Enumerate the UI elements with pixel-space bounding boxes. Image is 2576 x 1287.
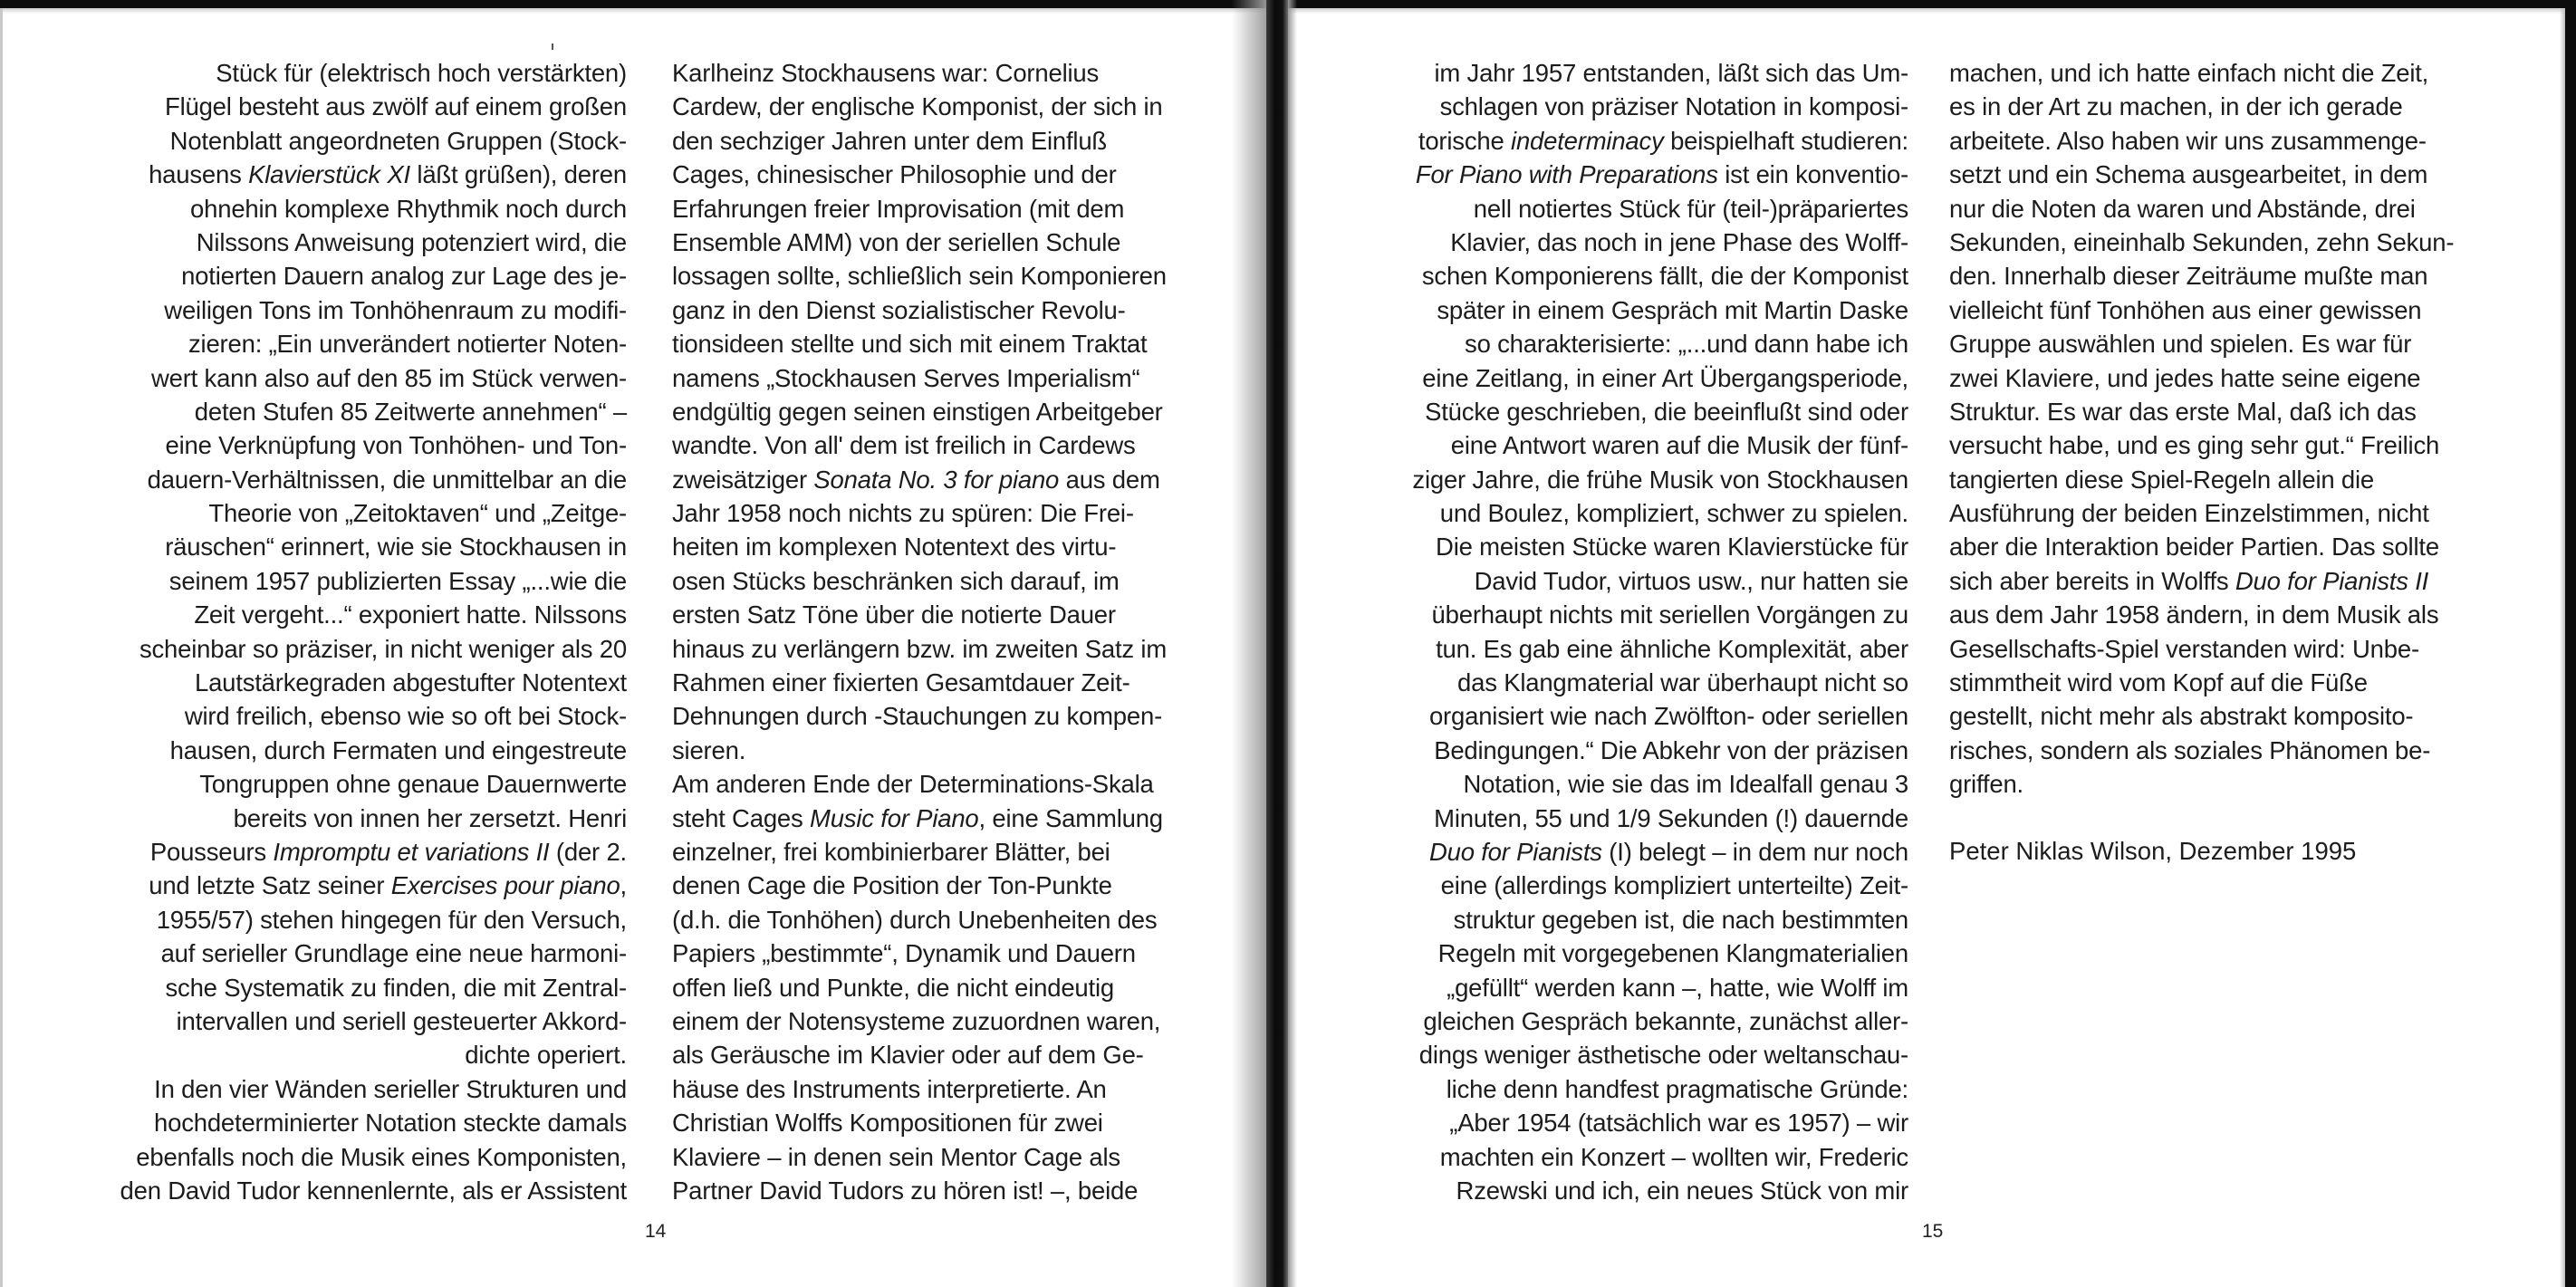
text-segment: Am anderen Ende der Determinations-Skala: [672, 770, 1154, 798]
text-segment: weiligen Tons im Tonhöhenraum zu modifi-: [164, 296, 627, 324]
text-line: Cardew, der englische Komponist, der sic…: [672, 90, 1243, 123]
text-segment: Minuten, 55 und 1/9 Sekunden (!) dauernd…: [1434, 804, 1908, 832]
text-segment: (der 2.: [549, 838, 627, 866]
text-line: Theorie von „Zeitoktaven“ und „Zeitge-: [65, 496, 627, 530]
text-segment: Klaviere – in denen sein Mentor Cage als: [672, 1143, 1120, 1171]
text-segment: Gruppe auswählen und spielen. Es war für: [1949, 330, 2411, 358]
text-line: machten ein Konzert – wollten wir, Frede…: [1336, 1140, 1908, 1174]
text-line: tun. Es gab eine ähnliche Komplexität, a…: [1336, 632, 1908, 666]
text-line: sche Systematik zu finden, die mit Zentr…: [65, 971, 627, 1004]
text-line: nur die Noten da waren und Abstände, dre…: [1949, 192, 2518, 226]
text-segment: lossagen sollte, schließlich sein Kompon…: [672, 262, 1167, 290]
text-line: tionsideen stellte und sich mit einem Tr…: [672, 327, 1243, 360]
text-segment: ebenfalls noch die Musik eines Komponist…: [136, 1143, 627, 1171]
text-line: ohnehin komplexe Rhythmik noch durch: [65, 192, 627, 226]
text-line: „Aber 1954 (tatsächlich war es 1957) – w…: [1336, 1106, 1908, 1139]
text-segment: hausen, durch Fermaten und eingestreute: [170, 736, 627, 764]
text-segment: organisiert wie nach Zwölfton- oder seri…: [1429, 702, 1908, 730]
text-segment: gestellt, nicht mehr als abstrakt kompos…: [1949, 702, 2413, 730]
text-segment: struktur gegeben ist, die nach bestimmte…: [1454, 906, 1908, 934]
text-segment: Stück für (elektrisch hoch verstärkten): [216, 59, 627, 87]
italic-title: Klavierstück XI: [248, 160, 410, 188]
text-line: wird freilich, ebenso wie so oft bei Sto…: [65, 699, 627, 733]
text-line: Ensemble AMM) von der seriellen Schule: [672, 226, 1243, 259]
text-line: organisiert wie nach Zwölfton- oder seri…: [1336, 699, 1908, 733]
text-segment: den. Innerhalb dieser Zeiträume mußte ma…: [1949, 262, 2427, 290]
text-segment: Rahmen einer fixierten Gesamtdauer Zeit-: [672, 668, 1130, 696]
text-segment: sieren.: [672, 736, 745, 764]
text-segment: tangierten diese Spiel-Regeln allein die: [1949, 466, 2374, 494]
italic-title: For Piano with Preparations: [1416, 160, 1718, 188]
text-segment: wert kann also auf den 85 im Stück verwe…: [151, 364, 627, 392]
text-segment: und letzte Satz seiner: [149, 871, 391, 899]
text-line: Stücke geschrieben, die beeinflußt sind …: [1336, 395, 1908, 428]
text-line: aber die Interaktion beider Partien. Das…: [1949, 530, 2518, 563]
text-segment: endgültig gegen seinen einstigen Arbeitg…: [672, 398, 1163, 426]
text-line: bereits von innen her zersetzt. Henri: [65, 802, 627, 835]
text-line: liche denn handfest pragmatische Gründe:: [1336, 1072, 1908, 1106]
text-line: zweisätziger Sonata No. 3 for piano aus …: [672, 463, 1243, 496]
text-line: Karlheinz Stockhausens war: Cornelius: [672, 56, 1243, 90]
italic-title: Music for Piano: [810, 804, 979, 832]
text-line: For Piano with Preparations ist ein konv…: [1336, 158, 1908, 191]
text-segment: wandte. Von all' dem ist freilich in Car…: [672, 431, 1136, 459]
text-segment: machten ein Konzert – wollten wir, Frede…: [1440, 1143, 1908, 1171]
text-line: seinem 1957 publizierten Essay „...wie d…: [65, 564, 627, 598]
italic-title: Sonata No. 3 for piano: [813, 466, 1059, 494]
text-line: einem der Notensysteme zuzuordnen waren,: [672, 1004, 1243, 1038]
text-segment: und Boulez, kompliziert, schwer zu spiel…: [1440, 499, 1908, 527]
text-line: es in der Art zu machen, in der ich gera…: [1949, 90, 2518, 123]
text-segment: bereits von innen her zersetzt. Henri: [234, 804, 627, 832]
text-segment: im Jahr 1957 entstanden, läßt sich das U…: [1434, 59, 1908, 87]
text-line: deten Stufen 85 Zeitwerte annehmen“ –: [65, 395, 627, 428]
text-line: Am anderen Ende der Determinations-Skala: [672, 767, 1243, 801]
text-segment: auf serieller Grundlage eine neue harmon…: [161, 939, 627, 967]
text-segment: machen, und ich hatte einfach nicht die …: [1949, 59, 2428, 87]
text-line: denen Cage die Position der Ton-Punkte: [672, 869, 1243, 902]
text-segment: zweisätziger: [672, 466, 813, 494]
text-segment: intervallen und seriell gesteuerter Akko…: [177, 1007, 627, 1035]
text-segment: Partner David Tudors zu hören ist! –, be…: [672, 1177, 1138, 1205]
text-segment: Tongruppen ohne genaue Dauernwerte: [199, 770, 627, 798]
text-segment: Pousseurs: [150, 838, 274, 866]
text-segment: ersten Satz Töne über die notierte Dauer: [672, 600, 1116, 629]
text-line: In den vier Wänden serieller Strukturen …: [65, 1072, 627, 1106]
text-line: einzelner, frei kombinierbarer Blätter, …: [672, 835, 1243, 869]
text-segment: Zeit vergeht...“ exponiert hatte. Nilsso…: [194, 600, 627, 629]
text-line: endgültig gegen seinen einstigen Arbeitg…: [672, 395, 1243, 428]
text-segment: tionsideen stellte und sich mit einem Tr…: [672, 330, 1147, 358]
text-line: Klaviere – in denen sein Mentor Cage als: [672, 1140, 1243, 1174]
text-line: so charakterisierte: „...und dann habe i…: [1336, 327, 1908, 360]
text-segment: vielleicht fünf Tonhöhen aus einer gewis…: [1949, 296, 2421, 324]
text-line: wandte. Von all' dem ist freilich in Car…: [672, 428, 1243, 462]
text-line: lossagen sollte, schließlich sein Kompon…: [672, 259, 1243, 293]
text-segment: offen ließ und Punkte, die nicht eindeut…: [672, 974, 1114, 1002]
text-line: machen, und ich hatte einfach nicht die …: [1949, 56, 2518, 90]
text-segment: einzelner, frei kombinierbarer Blätter, …: [672, 838, 1110, 866]
text-line: auf serieller Grundlage eine neue harmon…: [65, 936, 627, 970]
text-segment: schen Komponierens fällt, die der Kompon…: [1422, 262, 1908, 290]
text-line: ziger Jahre, die frühe Musik von Stockha…: [1336, 463, 1908, 496]
text-segment: aber die Interaktion beider Partien. Das…: [1949, 533, 2439, 561]
text-segment: Bedingungen.“ Die Abkehr von der präzise…: [1434, 736, 1908, 764]
text-line: den sechziger Jahren unter dem Einfluß: [672, 124, 1243, 158]
text-segment: sich aber bereits in Wolffs: [1949, 567, 2235, 595]
book-gutter: [1266, 0, 1288, 1287]
text-line: setzt und ein Schema ausgearbeitet, in d…: [1949, 158, 2518, 191]
text-line: Pousseurs Impromptu et variations II (de…: [65, 835, 627, 869]
text-line: heiten im komplexen Notentext des virtu-: [672, 530, 1243, 563]
text-line: versucht habe, und es ging sehr gut.“ Fr…: [1949, 428, 2518, 462]
text-segment: sche Systematik zu finden, die mit Zentr…: [165, 974, 627, 1002]
text-segment: überhaupt nichts mit seriellen Vorgängen…: [1432, 600, 1908, 629]
text-segment: ohnehin komplexe Rhythmik noch durch: [190, 195, 627, 223]
text-line: stimmtheit wird vom Kopf auf die Füße: [1949, 666, 2518, 699]
text-segment: Die meisten Stücke waren Klavierstücke f…: [1436, 533, 1908, 561]
text-segment: (I) belegt – in dem nur noch: [1602, 838, 1908, 866]
text-line: hinaus zu verlängern bzw. im zweiten Sat…: [672, 632, 1243, 666]
text-line: steht Cages Music for Piano, eine Sammlu…: [672, 802, 1243, 835]
text-line: als Geräusche im Klavier oder auf dem Ge…: [672, 1038, 1243, 1071]
text-line: Rahmen einer fixierten Gesamtdauer Zeit-: [672, 666, 1243, 699]
book-spread: Stück für (elektrisch hoch verstärkten)F…: [0, 0, 2576, 1287]
text-line: Flügel besteht aus zwölf auf einem große…: [65, 90, 627, 123]
text-line: Papiers „bestimmte“, Dynamik und Dauern: [672, 936, 1243, 970]
text-line: räuschen“ erinnert, wie sie Stockhausen …: [65, 530, 627, 563]
text-segment: risches, sondern als soziales Phänomen b…: [1949, 736, 2430, 764]
text-segment: Notenblatt angeordneten Gruppen (Stock-: [170, 127, 627, 155]
text-segment: Rzewski und ich, ein neues Stück von mir: [1456, 1177, 1908, 1205]
text-line: nell notiertes Stück für (teil-)präparie…: [1336, 192, 1908, 226]
text-line: gestellt, nicht mehr als abstrakt kompos…: [1949, 699, 2518, 733]
scan-left-edge: [0, 8, 3, 1287]
text-line: Ausführung der beiden Einzelstimmen, nic…: [1949, 496, 2518, 530]
text-line: Dehnungen durch -Stauchungen zu kompen-: [672, 699, 1243, 733]
text-segment: torische: [1418, 127, 1511, 155]
text-line: ganz in den Dienst sozialistischer Revol…: [672, 293, 1243, 327]
text-segment: deten Stufen 85 Zeitwerte annehmen“ –: [195, 398, 627, 426]
text-line: offen ließ und Punkte, die nicht eindeut…: [672, 971, 1243, 1004]
text-segment: Cardew, der englische Komponist, der sic…: [672, 92, 1162, 120]
page-number: 14: [645, 1220, 666, 1244]
text-segment: häuse des Instruments interpretierte. An: [672, 1075, 1107, 1103]
text-segment: Cages, chinesischer Philosophie und der: [672, 160, 1117, 188]
text-segment: dings weniger ästhetische oder weltansch…: [1419, 1041, 1908, 1069]
text-segment: Notation, wie sie das im Idealfall genau…: [1464, 770, 1908, 798]
text-line: Duo for Pianists (I) belegt – in dem nur…: [1336, 835, 1908, 869]
text-segment: beispielhaft studieren:: [1664, 127, 1908, 155]
italic-title: Duo for Pianists: [1429, 838, 1602, 866]
text-segment: heiten im komplexen Notentext des virtu-: [672, 533, 1116, 561]
text-line: eine Zeitlang, in einer Art Übergangsper…: [1336, 361, 1908, 395]
page-14-column-1: Stück für (elektrisch hoch verstärkten)F…: [65, 56, 627, 1207]
text-segment: liche denn handfest pragmatische Gründe:: [1447, 1075, 1908, 1103]
italic-title: indeterminacy: [1511, 127, 1664, 155]
text-segment: Theorie von „Zeitoktaven“ und „Zeitge-: [208, 499, 627, 527]
text-line: eine (allerdings kompliziert unterteilte…: [1336, 869, 1908, 902]
text-line: eine Verknüpfung von Tonhöhen- und Ton-: [65, 428, 627, 462]
text-line: eine Antwort waren auf die Musik der fün…: [1336, 428, 1908, 462]
text-segment: aus dem: [1059, 466, 1160, 494]
text-line: häuse des Instruments interpretierte. An: [672, 1072, 1243, 1106]
text-line: Tongruppen ohne genaue Dauernwerte: [65, 767, 627, 801]
text-line: zieren: „Ein unverändert notierter Noten…: [65, 327, 627, 360]
text-segment: osen Stücks beschränken sich darauf, im: [672, 567, 1120, 595]
text-segment: Stücke geschrieben, die beeinflußt sind …: [1425, 398, 1908, 426]
gutter-right-shadow: [1288, 0, 1297, 1287]
text-segment: ziger Jahre, die frühe Musik von Stockha…: [1412, 466, 1908, 494]
text-segment: einem der Notensysteme zuzuordnen waren,: [672, 1007, 1160, 1035]
text-segment: , eine Sammlung: [979, 804, 1163, 832]
text-segment: Erfahrungen freier Improvisation (mit de…: [672, 195, 1124, 223]
text-line: „gefüllt“ werden kann –, hatte, wie Wolf…: [1336, 971, 1908, 1004]
text-segment: dichte operiert.: [465, 1041, 627, 1069]
text-segment: ,: [620, 871, 627, 899]
text-line: risches, sondern als soziales Phänomen b…: [1949, 734, 2518, 767]
text-segment: Sekunden, eineinhalb Sekunden, zehn Seku…: [1949, 228, 2454, 256]
text-line: (d.h. die Tonhöhen) durch Unebenheiten d…: [672, 903, 1243, 936]
text-line: im Jahr 1957 entstanden, läßt sich das U…: [1336, 56, 1908, 90]
text-segment: scheinbar so präziser, in nicht weniger …: [139, 635, 627, 663]
text-segment: 1955/57) stehen hingegen für den Versuch…: [157, 906, 627, 934]
text-line: tangierten diese Spiel-Regeln allein die: [1949, 463, 2518, 496]
text-segment: David Tudor, virtuos usw., nur hatten si…: [1475, 567, 1908, 595]
text-segment: hinaus zu verlängern bzw. im zweiten Sat…: [672, 635, 1167, 663]
text-line: den. Innerhalb dieser Zeiträume mußte ma…: [1949, 259, 2518, 293]
text-segment: namens „Stockhausen Serves Imperialism“: [672, 364, 1139, 392]
text-segment: Ausführung der beiden Einzelstimmen, nic…: [1949, 499, 2429, 527]
text-line: Christian Wolffs Kompositionen für zwei: [672, 1106, 1243, 1139]
text-segment: den David Tudor kennenlernte, als er Ass…: [120, 1177, 627, 1205]
text-segment: Flügel besteht aus zwölf auf einem große…: [165, 92, 627, 120]
text-line: hausen, durch Fermaten und eingestreute: [65, 734, 627, 767]
text-line: Rzewski und ich, ein neues Stück von mir: [1336, 1174, 1908, 1207]
text-line: Cages, chinesischer Philosophie und der: [672, 158, 1243, 191]
text-line: später in einem Gespräch mit Martin Dask…: [1336, 293, 1908, 327]
text-segment: griffen.: [1949, 770, 2023, 798]
text-segment: Lautstärkegraden abgestufter Notentext: [195, 668, 627, 696]
text-line: Sekunden, eineinhalb Sekunden, zehn Seku…: [1949, 226, 2518, 259]
text-line: scheinbar so präziser, in nicht weniger …: [65, 632, 627, 666]
text-line: Zeit vergeht...“ exponiert hatte. Nilsso…: [65, 598, 627, 631]
scan-right-border: [2565, 0, 2576, 1287]
text-line: schen Komponierens fällt, die der Kompon…: [1336, 259, 1908, 293]
text-segment: eine Verknüpfung von Tonhöhen- und Ton-: [165, 431, 627, 459]
text-segment: Regeln mit vorgegebenen Klangmaterialien: [1438, 939, 1908, 967]
text-line: Notation, wie sie das im Idealfall genau…: [1336, 767, 1908, 801]
italic-title: Duo for Pianists II: [2235, 567, 2428, 595]
text-line: das Klangmaterial war überhaupt nicht so: [1336, 666, 1908, 699]
text-segment: In den vier Wänden serieller Strukturen …: [154, 1075, 627, 1103]
text-line: Gruppe auswählen und spielen. Es war für: [1949, 327, 2518, 360]
text-line: griffen.: [1949, 767, 2518, 801]
text-segment: läßt grüßen), deren: [410, 160, 627, 188]
author-signature: Peter Niklas Wilson, Dezember 1995: [1949, 834, 2356, 868]
text-line: Erfahrungen freier Improvisation (mit de…: [672, 192, 1243, 226]
text-segment: ganz in den Dienst sozialistischer Revol…: [672, 296, 1126, 324]
text-segment: später in einem Gespräch mit Martin Dask…: [1437, 296, 1908, 324]
text-line: Notenblatt angeordneten Gruppen (Stock-: [65, 124, 627, 158]
text-segment: „Aber 1954 (tatsächlich war es 1957) – w…: [1449, 1109, 1908, 1137]
text-line: Struktur. Es war das erste Mal, daß ich …: [1949, 395, 2518, 428]
italic-title: Exercises pour piano: [391, 871, 620, 899]
text-segment: so charakterisierte: „...und dann habe i…: [1465, 330, 1908, 358]
page-14-column-2: Karlheinz Stockhausens war: CorneliusCar…: [672, 56, 1243, 1207]
text-line: aus dem Jahr 1958 ändern, in dem Musik a…: [1949, 598, 2518, 631]
text-line: ersten Satz Töne über die notierte Dauer: [672, 598, 1243, 631]
text-segment: zieren: „Ein unverändert notierter Noten…: [188, 330, 627, 358]
text-segment: Christian Wolffs Kompositionen für zwei: [672, 1109, 1103, 1137]
text-segment: versucht habe, und es ging sehr gut.“ Fr…: [1949, 431, 2439, 459]
text-line: intervallen und seriell gesteuerter Akko…: [65, 1004, 627, 1038]
text-segment: den sechziger Jahren unter dem Einfluß: [672, 127, 1107, 155]
text-line: gleichen Gespräch bekannte, zunächst all…: [1336, 1004, 1908, 1038]
text-segment: eine Zeitlang, in einer Art Übergangsper…: [1422, 364, 1908, 392]
text-line: und letzte Satz seiner Exercises pour pi…: [65, 869, 627, 902]
text-line: und Boulez, kompliziert, schwer zu spiel…: [1336, 496, 1908, 530]
text-segment: wird freilich, ebenso wie so oft bei Sto…: [185, 702, 627, 730]
text-line: dings weniger ästhetische oder weltansch…: [1336, 1038, 1908, 1071]
text-segment: es in der Art zu machen, in der ich gera…: [1949, 92, 2403, 120]
text-segment: steht Cages: [672, 804, 810, 832]
text-segment: stimmtheit wird vom Kopf auf die Füße: [1949, 668, 2368, 696]
text-line: wert kann also auf den 85 im Stück verwe…: [65, 361, 627, 395]
text-line: Stück für (elektrisch hoch verstärkten): [65, 56, 627, 90]
text-line: zwei Klaviere, und jedes hatte seine eig…: [1949, 361, 2518, 395]
text-segment: das Klangmaterial war überhaupt nicht so: [1457, 668, 1908, 696]
text-segment: seinem 1957 publizierten Essay „...wie d…: [169, 567, 627, 595]
text-line: ebenfalls noch die Musik eines Komponist…: [65, 1140, 627, 1174]
text-segment: Klavier, das noch in jene Phase des Wolf…: [1450, 228, 1908, 256]
text-segment: hausens: [149, 160, 248, 188]
text-line: sieren.: [672, 734, 1243, 767]
text-segment: gleichen Gespräch bekannte, zunächst all…: [1423, 1007, 1908, 1035]
text-line: Gesellschafts-Spiel verstanden wird: Unb…: [1949, 632, 2518, 666]
text-line: osen Stücks beschränken sich darauf, im: [672, 564, 1243, 598]
text-segment: Nilssons Anweisung potenziert wird, die: [197, 228, 627, 256]
text-line: Jahr 1958 noch nichts zu spüren: Die Fre…: [672, 496, 1243, 530]
text-segment: Ensemble AMM) von der seriellen Schule: [672, 228, 1120, 256]
text-line: struktur gegeben ist, die nach bestimmte…: [1336, 903, 1908, 936]
text-line: weiligen Tons im Tonhöhenraum zu modifi-: [65, 293, 627, 327]
text-line: Partner David Tudors zu hören ist! –, be…: [672, 1174, 1243, 1207]
text-segment: „gefüllt“ werden kann –, hatte, wie Wolf…: [1447, 974, 1908, 1002]
text-line: Regeln mit vorgegebenen Klangmaterialien: [1336, 936, 1908, 970]
scan-speck: [552, 43, 553, 50]
text-line: 1955/57) stehen hingegen für den Versuch…: [65, 903, 627, 936]
text-line: Klavier, das noch in jene Phase des Wolf…: [1336, 226, 1908, 259]
text-line: den David Tudor kennenlernte, als er Ass…: [65, 1174, 627, 1207]
text-segment: Dehnungen durch -Stauchungen zu kompen-: [672, 702, 1162, 730]
text-segment: Jahr 1958 noch nichts zu spüren: Die Fre…: [672, 499, 1134, 527]
italic-title: Impromptu et variations II: [273, 838, 549, 866]
text-line: Minuten, 55 und 1/9 Sekunden (!) dauernd…: [1336, 802, 1908, 835]
text-line: vielleicht fünf Tonhöhen aus einer gewis…: [1949, 293, 2518, 327]
page-15-column-2: machen, und ich hatte einfach nicht die …: [1949, 56, 2518, 802]
text-line: David Tudor, virtuos usw., nur hatten si…: [1336, 564, 1908, 598]
text-segment: (d.h. die Tonhöhen) durch Unebenheiten d…: [672, 906, 1157, 934]
text-segment: eine Antwort waren auf die Musik der fün…: [1451, 431, 1908, 459]
text-segment: als Geräusche im Klavier oder auf dem Ge…: [672, 1041, 1144, 1069]
text-line: torische indeterminacy beispielhaft stud…: [1336, 124, 1908, 158]
text-line: Nilssons Anweisung potenziert wird, die: [65, 226, 627, 259]
page-15-column-1: im Jahr 1957 entstanden, läßt sich das U…: [1336, 56, 1908, 1207]
page-number: 15: [1922, 1220, 1943, 1244]
text-segment: arbeitete. Also haben wir uns zusammenge…: [1949, 127, 2427, 155]
text-line: Lautstärkegraden abgestufter Notentext: [65, 666, 627, 699]
text-segment: tun. Es gab eine ähnliche Komplexität, a…: [1436, 635, 1908, 663]
text-segment: räuschen“ erinnert, wie sie Stockhausen …: [165, 533, 627, 561]
text-segment: setzt und ein Schema ausgearbeitet, in d…: [1949, 160, 2427, 188]
text-line: Bedingungen.“ Die Abkehr von der präzise…: [1336, 734, 1908, 767]
text-line: Die meisten Stücke waren Klavierstücke f…: [1336, 530, 1908, 563]
text-segment: Struktur. Es war das erste Mal, daß ich …: [1949, 398, 2417, 426]
text-segment: nell notiertes Stück für (teil-)präparie…: [1474, 195, 1908, 223]
text-segment: Papiers „bestimmte“, Dynamik und Dauern: [672, 939, 1136, 967]
text-line: hochdeterminierter Notation steckte dama…: [65, 1106, 627, 1139]
text-segment: schlagen von präziser Notation in kompos…: [1440, 92, 1908, 120]
text-line: sich aber bereits in Wolffs Duo for Pian…: [1949, 564, 2518, 598]
text-segment: nur die Noten da waren und Abstände, dre…: [1949, 195, 2416, 223]
text-segment: denen Cage die Position der Ton-Punkte: [672, 871, 1112, 899]
text-segment: dauern-Verhältnissen, die unmittelbar an…: [148, 466, 627, 494]
text-segment: aus dem Jahr 1958 ändern, in dem Musik a…: [1949, 600, 2438, 629]
text-line: hausens Klavierstück XI läßt grüßen), de…: [65, 158, 627, 191]
text-segment: Gesellschafts-Spiel verstanden wird: Unb…: [1949, 635, 2419, 663]
text-line: dichte operiert.: [65, 1038, 627, 1071]
text-line: arbeitete. Also haben wir uns zusammenge…: [1949, 124, 2518, 158]
text-segment: hochdeterminierter Notation steckte dama…: [154, 1109, 627, 1137]
text-line: überhaupt nichts mit seriellen Vorgängen…: [1336, 598, 1908, 631]
text-segment: ist ein konventio-: [1718, 160, 1908, 188]
text-segment: notierten Dauern analog zur Lage des je-: [181, 262, 627, 290]
text-line: dauern-Verhältnissen, die unmittelbar an…: [65, 463, 627, 496]
text-segment: eine (allerdings kompliziert unterteilte…: [1441, 871, 1908, 899]
text-line: schlagen von präziser Notation in kompos…: [1336, 90, 1908, 123]
text-line: notierten Dauern analog zur Lage des je-: [65, 259, 627, 293]
text-segment: Karlheinz Stockhausens war: Cornelius: [672, 59, 1099, 87]
text-line: namens „Stockhausen Serves Imperialism“: [672, 361, 1243, 395]
text-segment: zwei Klaviere, und jedes hatte seine eig…: [1949, 364, 2420, 392]
